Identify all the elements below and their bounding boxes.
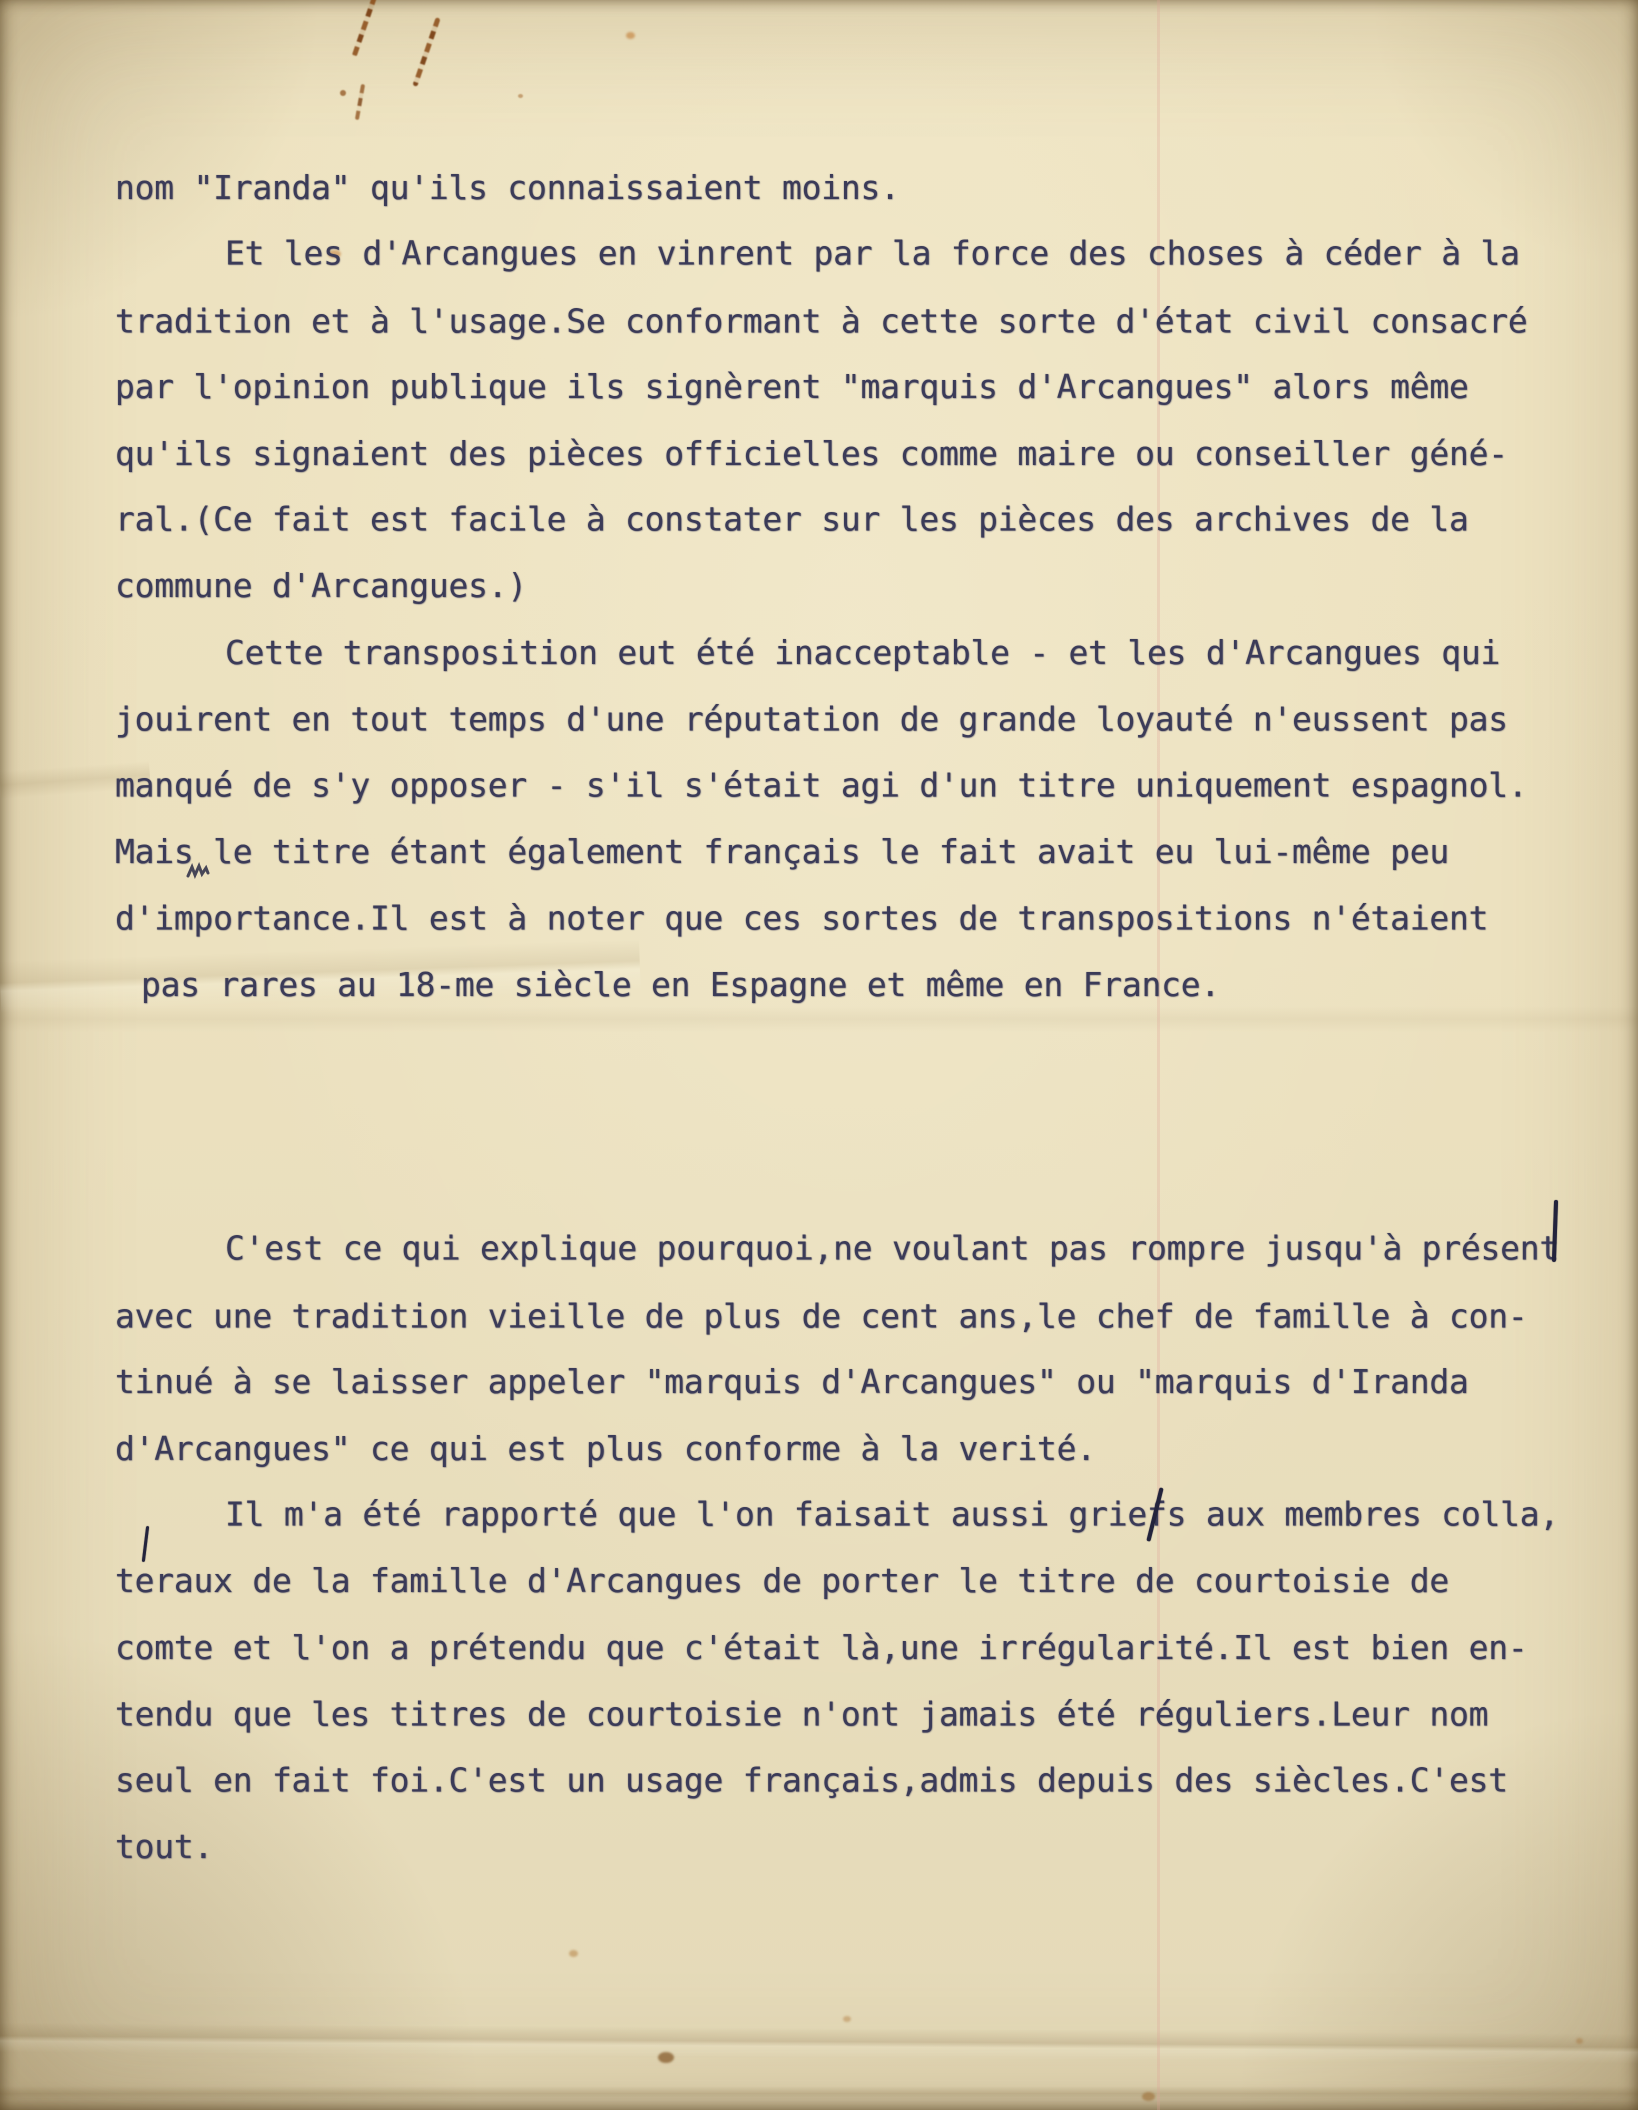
typed-line: Cette transposition eut été inacceptable… (115, 620, 1585, 686)
typed-text-block: nom "Iranda" qu'ils connaissaient moins.… (115, 155, 1585, 1880)
typed-line: avec une tradition vieille de plus de ce… (115, 1283, 1585, 1349)
typed-line: Mais le titre étant également français l… (115, 819, 1585, 885)
typed-line: teraux de la famille d'Arcangues de port… (115, 1548, 1585, 1614)
typed-line: commune d'Arcangues.) (115, 553, 1585, 619)
typed-line: pas rares au 18-me siècle en Espagne et … (115, 952, 1585, 1018)
typed-line: tendu que les titres de courtoisie n'ont… (115, 1682, 1585, 1748)
typed-line: Et les d'Arcangues en vinrent par la for… (115, 221, 1585, 287)
typed-line: tout. (115, 1814, 1585, 1880)
typed-line: tinué à se laisser appeler "marquis d'Ar… (115, 1349, 1585, 1415)
typed-line: manqué de s'y opposer - s'il s'était agi… (115, 752, 1585, 818)
rust-stain (352, 0, 378, 57)
typed-line: qu'ils signaient des pièces officielles … (115, 421, 1585, 487)
stain-speck (626, 32, 635, 39)
typed-line: ral.(Ce fait est facile à constater sur … (115, 487, 1585, 553)
typed-line: C'est ce qui explique pourquoi,ne voulan… (115, 1216, 1585, 1282)
typed-line: comte et l'on a prétendu que c'était là,… (115, 1615, 1585, 1681)
typed-line: tradition et à l'usage.Se conformant à c… (115, 288, 1585, 354)
rust-stain (518, 94, 523, 98)
stain-speck (843, 2016, 851, 2022)
rust-stain (355, 84, 365, 120)
stain-speck (569, 1950, 578, 1957)
stain-speck (1576, 2038, 1583, 2044)
typed-line: par l'opinion publique ils signèrent "ma… (115, 354, 1585, 420)
typed-line: Il m'a été rapporté que l'on faisait aus… (115, 1482, 1585, 1548)
stain-speck (1142, 2092, 1155, 2101)
stain-speck (658, 2052, 674, 2063)
rust-stain (412, 17, 440, 87)
typed-line: nom "Iranda" qu'ils connaissaient moins. (115, 155, 1585, 221)
fold-crease (0, 2086, 1638, 2100)
typed-line: jouirent en tout temps d'une réputation … (115, 687, 1585, 753)
pen-scribble (186, 860, 212, 886)
typed-line: seul en fait foi.C'est un usage français… (115, 1747, 1585, 1813)
rust-stain (340, 90, 346, 96)
typed-line: d'Arcangues" ce qui est plus conforme à … (115, 1416, 1585, 1482)
fold-crease (0, 2022, 1638, 2063)
typed-line: d'importance.Il est à noter que ces sort… (115, 886, 1585, 952)
document-page: nom "Iranda" qu'ils connaissaient moins.… (0, 0, 1638, 2110)
